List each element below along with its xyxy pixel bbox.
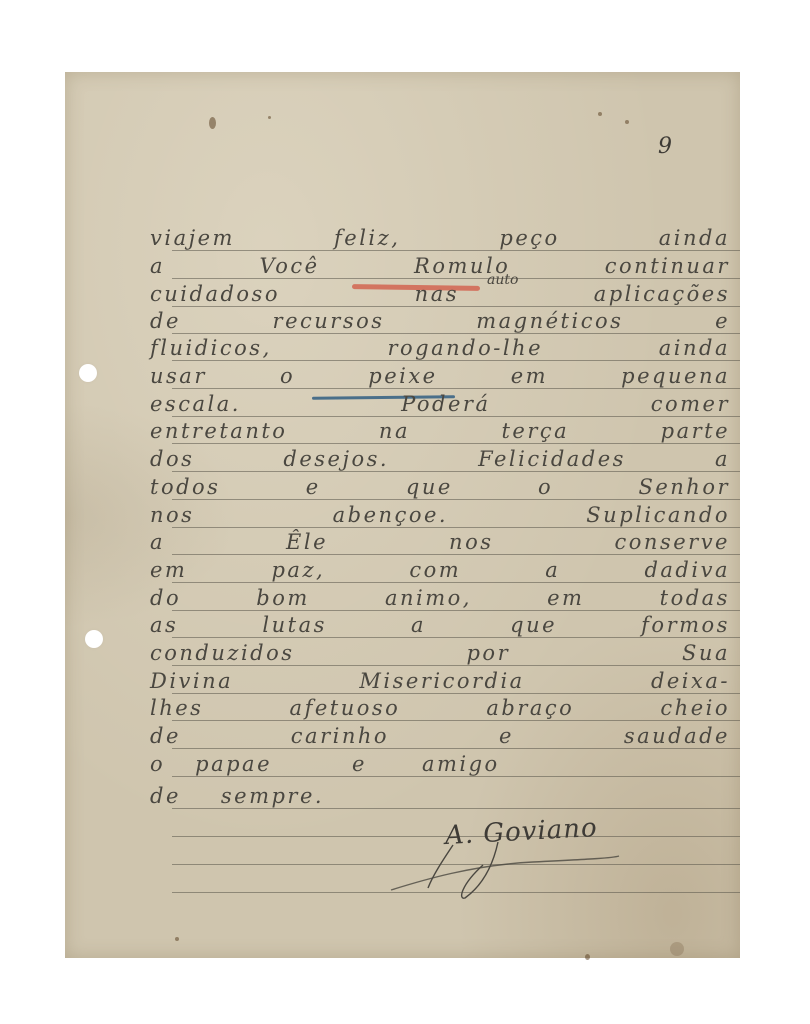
text-line-11: nos abençoe. Suplicando <box>150 502 730 528</box>
word: entretanto <box>150 418 287 444</box>
word: pequena <box>621 363 730 389</box>
word: a <box>411 612 426 638</box>
text-line-10: todos e que o Senhor <box>150 474 730 500</box>
text-line-9: dos desejos. Felicidades a <box>150 446 730 472</box>
word: a <box>715 446 730 472</box>
word: viajem <box>150 225 235 251</box>
word: lutas <box>262 612 326 638</box>
stain-spot <box>175 937 179 941</box>
word: Você <box>260 253 320 279</box>
word: do <box>150 585 181 611</box>
word: as <box>150 612 178 638</box>
word: de <box>150 308 181 334</box>
word: por <box>466 640 510 666</box>
word: com <box>409 557 461 583</box>
text-line-14: do bom animo, em todas <box>150 585 730 611</box>
word: conserve <box>615 529 730 555</box>
word: Felicidades <box>478 446 626 472</box>
word: saudade <box>624 723 730 749</box>
word: desejos. <box>283 446 389 472</box>
word: dadiva <box>644 557 730 583</box>
word: nos <box>150 502 194 528</box>
word: Poderá <box>401 391 490 417</box>
word: Divina <box>150 668 233 694</box>
word: conduzidos <box>150 640 295 666</box>
text-line-12: a Êle nos conserve <box>150 529 730 555</box>
word: Senhor <box>638 474 730 500</box>
word: papae <box>195 751 272 777</box>
word: e <box>715 308 730 334</box>
word: nas <box>415 281 459 307</box>
word: que <box>406 474 453 500</box>
word: aplicações <box>594 281 730 307</box>
word: fluidicos, <box>150 335 272 361</box>
word: o <box>150 751 165 777</box>
text-line-20: o papae e amigo <box>150 751 730 777</box>
word: carinho <box>291 723 389 749</box>
stain-spot <box>598 112 602 116</box>
word: deixa- <box>651 668 730 694</box>
text-line-1: viajem feliz, peço ainda <box>150 225 730 251</box>
text-line-17: Divina Misericordia deixa- <box>150 668 730 694</box>
signature-flourish <box>383 840 623 900</box>
word: Êle <box>286 529 328 555</box>
word: a <box>150 529 165 555</box>
word: magnéticos <box>476 308 623 334</box>
text-line-8: entretanto na terça parte <box>150 418 730 444</box>
word: de <box>150 723 181 749</box>
word: a <box>545 557 560 583</box>
word: todos <box>150 474 220 500</box>
word: e <box>306 474 321 500</box>
word: amigo <box>422 751 500 777</box>
word: em <box>150 557 187 583</box>
text-line-4: de recursos magnéticos e <box>150 308 730 334</box>
text-line-3: cuidadoso nas aplicações <box>150 281 730 307</box>
word: o <box>538 474 553 500</box>
text-line-6: usar o peixe em pequena <box>150 363 730 389</box>
text-line-2: a Você Romulo continuar <box>150 253 730 279</box>
word: parte <box>661 418 730 444</box>
page-number: 9 <box>658 134 672 159</box>
word: ainda <box>659 335 730 361</box>
word: o <box>280 363 295 389</box>
word: paz, <box>271 557 325 583</box>
word: cheio <box>660 695 730 721</box>
word: em <box>547 585 584 611</box>
text-line-18: lhes afetuoso abraço cheio <box>150 695 730 721</box>
word: animo, <box>385 585 472 611</box>
word: formos <box>641 612 730 638</box>
word: Misericordia <box>359 668 524 694</box>
word: nos <box>449 529 493 555</box>
word: peço <box>499 225 559 251</box>
text-line-13: em paz, com a dadiva <box>150 557 730 583</box>
text-line-7: escala. Poderá comer <box>150 391 730 417</box>
text-line-15: as lutas a que formos <box>150 612 730 638</box>
word: afetuoso <box>290 695 401 721</box>
text-line-19: de carinho e saudade <box>150 723 730 749</box>
word: cuidadoso <box>150 281 280 307</box>
word: abençoe. <box>333 502 448 528</box>
text-line-21: de sempre. <box>150 783 730 809</box>
word: bom <box>256 585 310 611</box>
word: dos <box>150 446 194 472</box>
word: e <box>499 723 514 749</box>
word: Sua <box>682 640 730 666</box>
punch-hole-bottom <box>85 630 103 648</box>
word: comer <box>651 391 730 417</box>
word: abraço <box>486 695 574 721</box>
text-line-5: fluidicos, rogando-lhe ainda <box>150 335 730 361</box>
word: recursos <box>273 308 385 334</box>
word-peixe: peixe <box>368 363 437 389</box>
word: continuar <box>605 253 730 279</box>
word: todas <box>660 585 730 611</box>
word: que <box>510 612 557 638</box>
word: a <box>150 253 165 279</box>
stain-spot <box>625 120 629 124</box>
word: ainda <box>659 225 730 251</box>
letter-page: 9 viajem feliz, peço ainda a Você Romulo… <box>65 72 740 958</box>
word: e <box>352 751 367 777</box>
word: de <box>150 783 181 809</box>
stain-spot <box>209 117 216 129</box>
word: usar <box>150 363 207 389</box>
word: escala. <box>150 391 241 417</box>
word: sempre. <box>221 783 324 809</box>
word: rogando-lhe <box>387 335 543 361</box>
word: em <box>511 363 548 389</box>
word: na <box>379 418 410 444</box>
stain-spot <box>585 954 590 960</box>
punch-hole-top <box>79 364 97 382</box>
word: lhes <box>150 695 203 721</box>
word: feliz, <box>334 225 400 251</box>
word: Suplicando <box>586 502 730 528</box>
word: terça <box>501 418 569 444</box>
text-line-16: conduzidos por Sua <box>150 640 730 666</box>
stain-spot <box>268 116 271 119</box>
stain-spot <box>670 942 684 956</box>
